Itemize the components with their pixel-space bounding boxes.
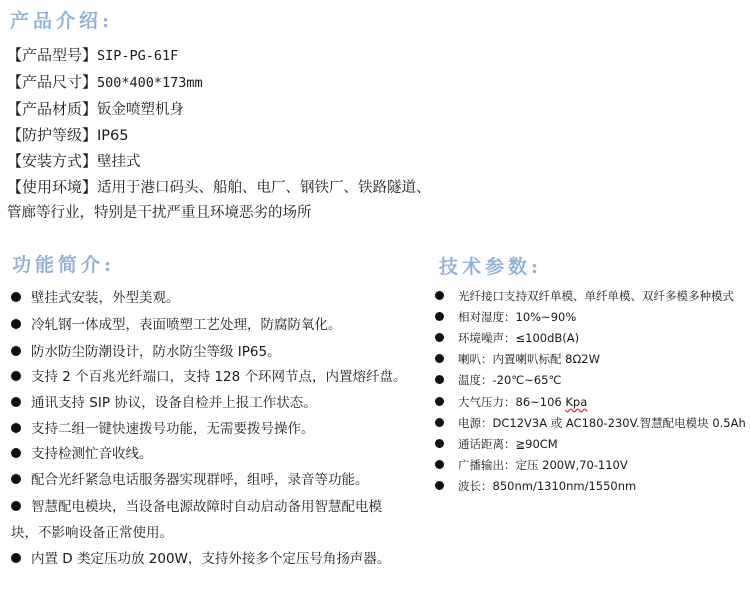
- spec-item-talk-distance: 通话距离：≧90CM: [435, 435, 558, 453]
- bullet-icon: [435, 418, 444, 427]
- spec-value: 定压 200W,70-110V: [516, 458, 628, 472]
- spec-value-unit: Kpa: [565, 395, 587, 409]
- bullet-icon: [11, 292, 21, 302]
- intro-label: 【产品型号】: [7, 46, 97, 64]
- intro-value: 钣金喷塑机身: [97, 102, 184, 118]
- intro-value: SIP-PG-61F: [97, 48, 178, 64]
- bullet-icon: [435, 439, 444, 448]
- feature-item: 配合光纤紧急电话服务器实现群呼，组呼，录音等功能。: [11, 470, 369, 490]
- intro-value: 壁挂式: [97, 154, 141, 170]
- bullet-icon: [11, 501, 21, 511]
- feature-text: 通讯支持 SIP 协议，设备自检并上报工作状态。: [31, 395, 317, 411]
- bullet-icon: [11, 553, 21, 563]
- intro-label: 【产品尺寸】: [7, 73, 97, 91]
- intro-value: 500*400*173mm: [97, 75, 203, 91]
- features-heading: 功能简介:: [12, 250, 115, 277]
- bullet-icon: [11, 474, 21, 484]
- intro-label: 【产品材质】: [7, 100, 97, 118]
- spec-label: 喇叭：: [458, 352, 493, 366]
- bullet-icon: [11, 397, 21, 407]
- bullet-icon: [435, 354, 444, 363]
- feature-item: 壁挂式安装，外型美观。: [11, 288, 180, 308]
- product-intro-heading: 产品介绍:: [10, 6, 113, 33]
- feature-item: 通讯支持 SIP 协议，设备自检并上报工作状态。: [11, 393, 317, 413]
- spec-label: 温度：: [458, 373, 493, 387]
- spec-item-temperature: 温度：-20℃~65℃: [435, 371, 561, 389]
- feature-text: 支持检测忙音收线。: [31, 446, 153, 462]
- bullet-icon: [435, 333, 444, 342]
- spec-value: -20℃~65℃: [493, 373, 562, 387]
- spec-label: 大气压力：: [458, 395, 516, 409]
- feature-item: 支持检测忙音收线。: [11, 444, 153, 464]
- spec-label: 相对湿度：: [458, 310, 516, 324]
- feature-text: 壁挂式安装，外型美观。: [31, 290, 180, 306]
- feature-text: 支持 2 个百兆光纤端口，支持 128 个环网节点，内置熔纤盘。: [31, 369, 407, 385]
- feature-item: 防水防尘防潮设计，防水防尘等级 IP65。: [11, 342, 281, 362]
- bullet-icon: [11, 423, 21, 433]
- spec-label: 环境噪声：: [458, 331, 516, 345]
- intro-item-model: 【产品型号】SIP-PG-61F: [7, 45, 178, 66]
- spec-label: 通话距离：: [458, 437, 516, 451]
- feature-text: 冷轧钢一体成型，表面喷塑工艺处理，防腐防氧化。: [31, 317, 342, 333]
- bullet-icon: [435, 397, 444, 406]
- spec-item-pressure: 大气压力：86~106 Kpa: [435, 393, 587, 411]
- bullet-icon: [435, 291, 444, 300]
- intro-item-environment: 【使用环境】适用于港口码头、船舶、电厂、钢铁厂、铁路隧道、: [7, 177, 431, 198]
- tech-params-heading: 技术参数:: [439, 252, 542, 279]
- intro-environment-continuation: 管廊等行业，特别是干扰严重且环境恶劣的场所: [7, 203, 312, 223]
- intro-item-installation: 【安装方式】壁挂式: [7, 151, 141, 172]
- bullet-icon: [11, 346, 21, 356]
- spec-item-wavelength: 波长：850nm/1310nm/1550nm: [435, 477, 636, 495]
- feature-item-continuation: 块，不影响设备正常使用。: [11, 523, 173, 543]
- bullet-icon: [435, 460, 444, 469]
- spec-item-humidity: 相对湿度：10%~90%: [435, 308, 576, 326]
- intro-item-size: 【产品尺寸】500*400*173mm: [7, 72, 203, 93]
- spec-item-noise: 环境噪声：≤100dB(A): [435, 329, 579, 347]
- feature-text: 智慧配电模块，当设备电源故障时自动启动备用智慧配电模: [31, 499, 382, 515]
- feature-item: 冷轧钢一体成型，表面喷塑工艺处理，防腐防氧化。: [11, 315, 342, 335]
- spec-item-speaker: 喇叭：内置喇叭标配 8Ω2W: [435, 350, 600, 368]
- spec-value: ≤100dB(A): [516, 331, 580, 345]
- bullet-icon: [11, 319, 21, 329]
- spec-item-power: 电源：DC12V3A 或 AC180-230V.智慧配电模块 0.5Ah: [435, 414, 746, 432]
- intro-label: 【使用环境】: [7, 178, 97, 196]
- spec-item-fiber-interface: 光纤接口支持双纤单模、单纤单模、双纤多模多种模式: [435, 287, 734, 305]
- spec-value: 光纤接口支持双纤单模、单纤单模、双纤多模多种模式: [458, 289, 734, 303]
- bullet-icon: [435, 312, 444, 321]
- spec-value: 内置喇叭标配 8Ω2W: [493, 352, 600, 366]
- spec-value: 86~106: [516, 395, 566, 409]
- feature-text: 内置 D 类定压功放 200W，支持外接多个定压号角扬声器。: [31, 551, 390, 567]
- feature-item: 内置 D 类定压功放 200W，支持外接多个定压号角扬声器。: [11, 549, 390, 569]
- bullet-icon: [435, 375, 444, 384]
- intro-label: 【安装方式】: [7, 152, 97, 170]
- intro-label: 【防护等级】: [7, 126, 97, 144]
- spec-value: 10%~90%: [516, 310, 577, 324]
- spec-label: 电源：: [458, 416, 493, 430]
- feature-text: 配合光纤紧急电话服务器实现群呼，组呼，录音等功能。: [31, 472, 369, 488]
- bullet-icon: [435, 481, 444, 490]
- spec-label: 波长：: [458, 479, 493, 493]
- spec-value: ≧90CM: [516, 437, 558, 451]
- feature-item: 支持二组一键快速拨号功能，无需要拨号操作。: [11, 419, 315, 439]
- spec-item-broadcast-output: 广播输出：定压 200W,70-110V: [435, 456, 628, 474]
- intro-item-protection: 【防护等级】IP65: [7, 125, 129, 146]
- bullet-icon: [11, 371, 21, 381]
- spec-value: 850nm/1310nm/1550nm: [493, 479, 637, 493]
- bullet-icon: [11, 448, 21, 458]
- feature-item: 支持 2 个百兆光纤端口，支持 128 个环网节点，内置熔纤盘。: [11, 367, 407, 387]
- intro-item-material: 【产品材质】钣金喷塑机身: [7, 99, 184, 120]
- intro-value: IP65: [97, 128, 128, 144]
- intro-value: 适用于港口码头、船舶、电厂、钢铁厂、铁路隧道、: [97, 180, 431, 196]
- feature-text: 防水防尘防潮设计，防水防尘等级 IP65。: [31, 344, 281, 360]
- feature-text: 支持二组一键快速拨号功能，无需要拨号操作。: [31, 421, 315, 437]
- spec-label: 广播输出：: [458, 458, 516, 472]
- feature-item: 智慧配电模块，当设备电源故障时自动启动备用智慧配电模: [11, 497, 382, 517]
- spec-value: DC12V3A 或 AC180-230V.智慧配电模块 0.5Ah: [493, 416, 746, 430]
